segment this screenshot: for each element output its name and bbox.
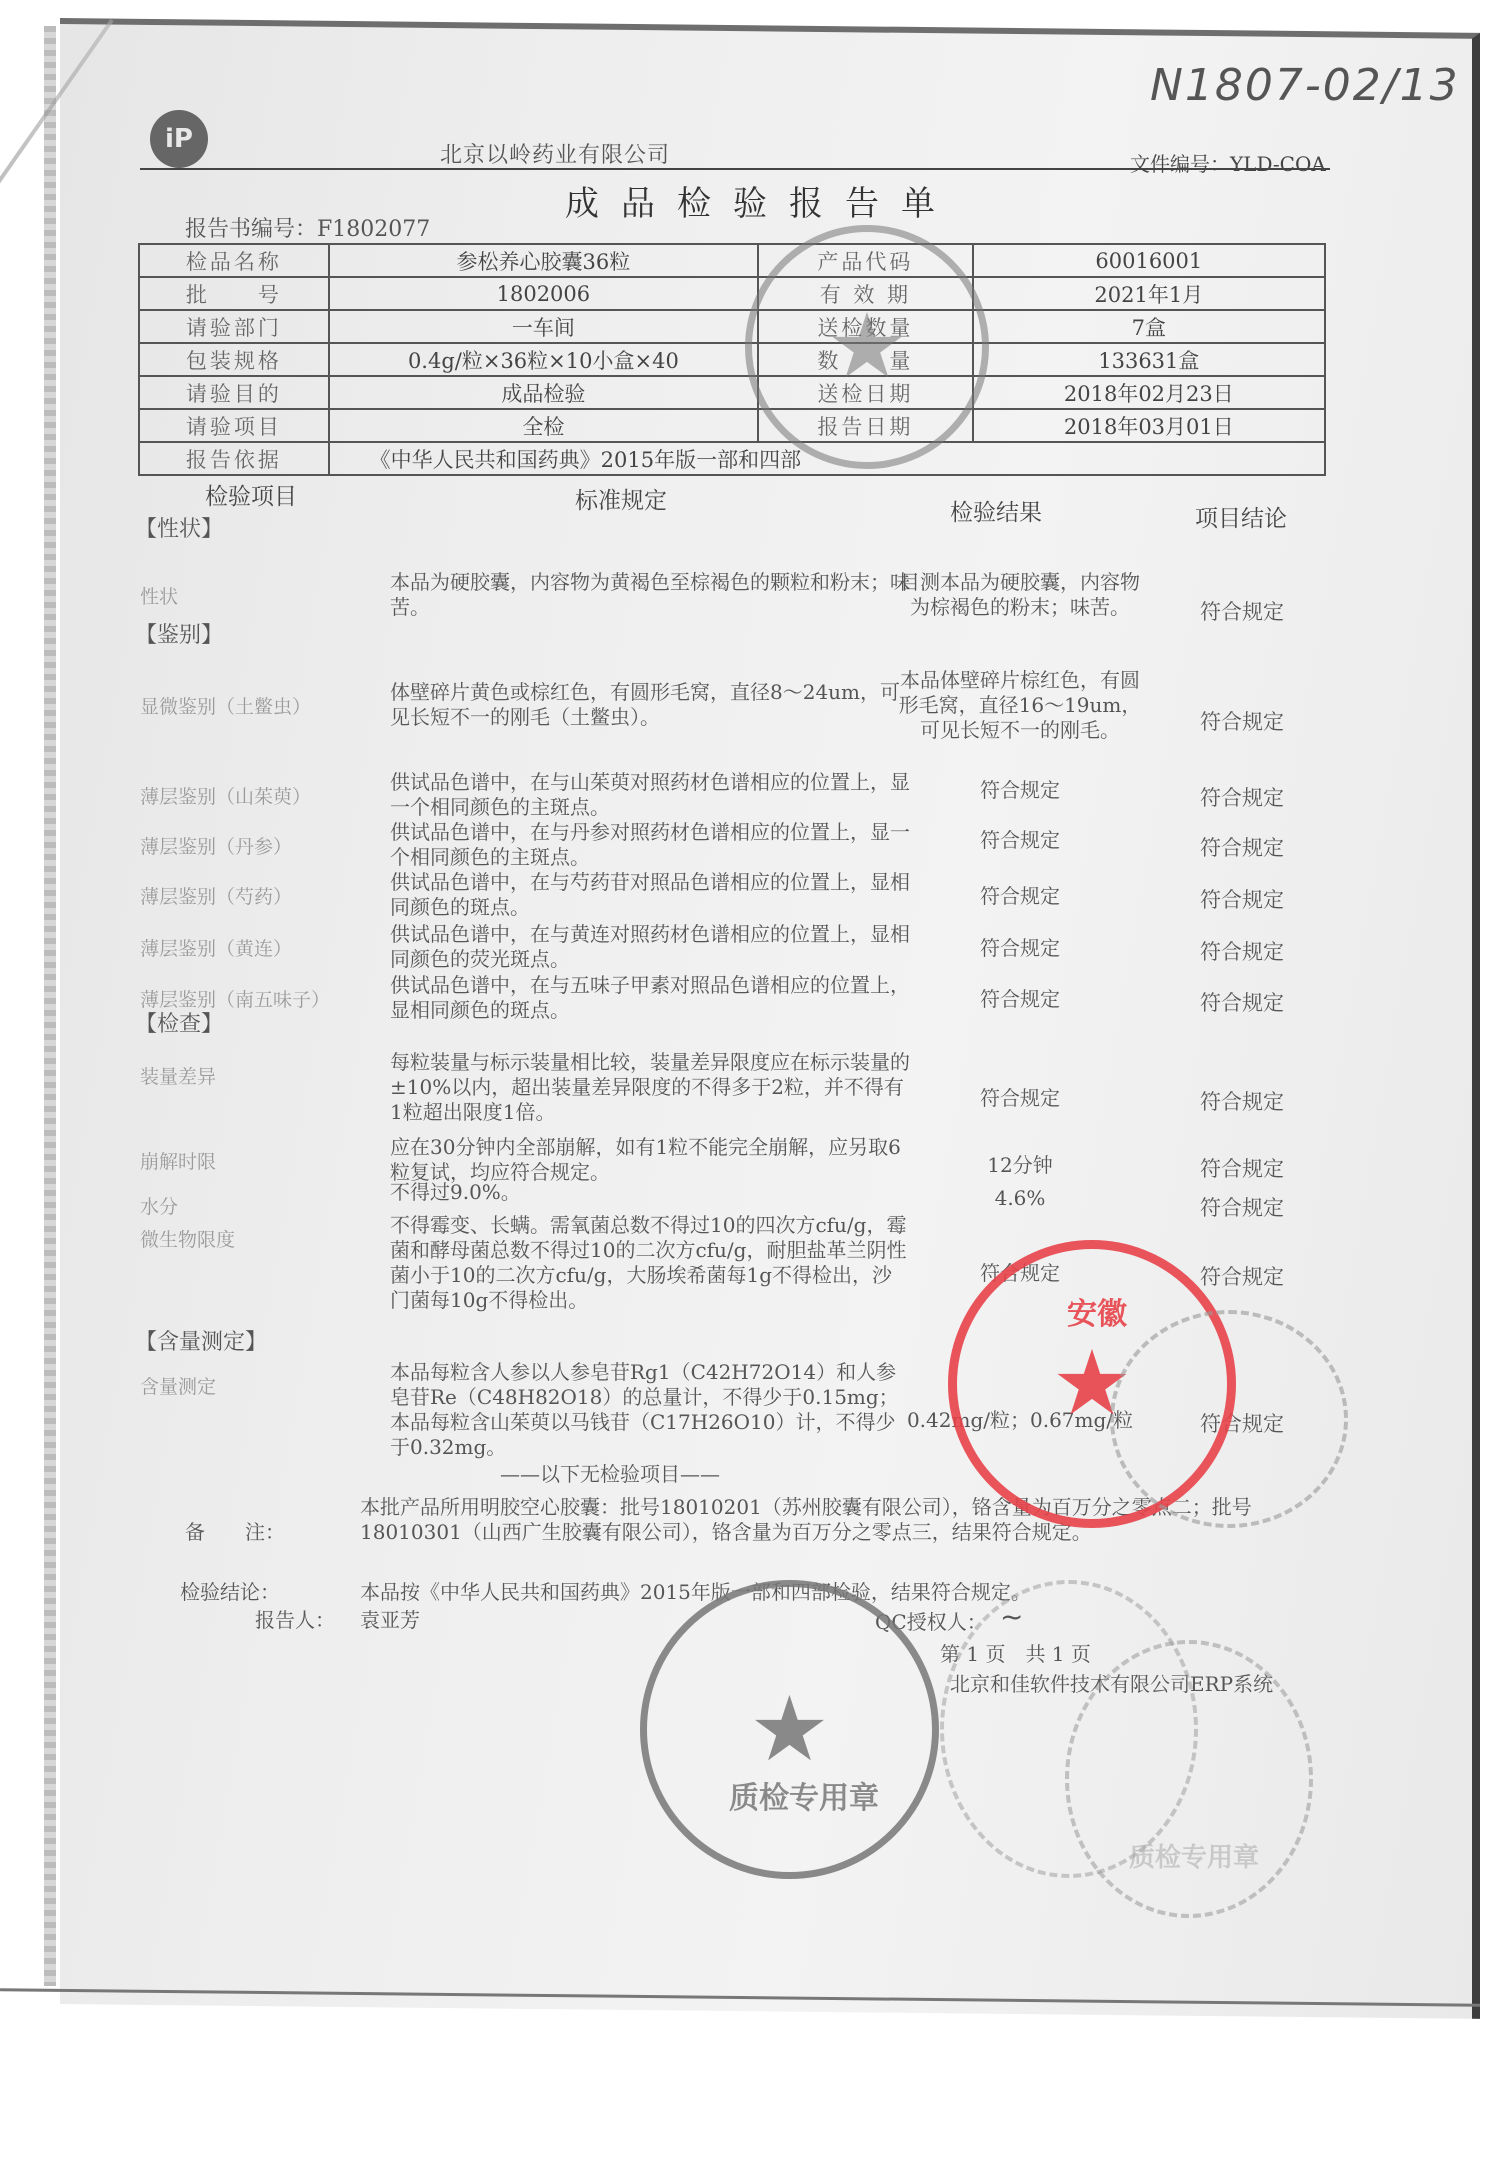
test-standard: 应在30分钟内全部崩解，如有1粒不能完全崩解，应另取6粒复试，均应符合规定。 xyxy=(390,1135,910,1185)
info-label: 批 号 xyxy=(139,277,329,310)
info-label: 请验目的 xyxy=(139,376,329,409)
test-standard: 本品为硬胶囊，内容物为黄褐色至棕褐色的颗粒和粉末；味苦。 xyxy=(390,570,910,620)
test-result: 本品体壁碎片棕红色，有圆形毛窝，直径16～19um，可见长短不一的刚毛。 xyxy=(895,668,1145,743)
test-item: 薄层鉴别（山茱萸） xyxy=(140,782,311,809)
info-value: 7盒 xyxy=(973,310,1325,343)
remarks-label: 备 注： xyxy=(185,1520,285,1545)
info-value: 0.4g/粒×36粒×10小盒×40 xyxy=(329,343,758,376)
test-standard: 本品每粒含人参以人参皂苷Rg1（C42H72O14）和人参皂苷Re（C48H82… xyxy=(390,1360,910,1460)
info-row: 包装规格0.4g/粒×36粒×10小盒×40数 量133631盒 xyxy=(139,343,1325,376)
report-number-label: 报告书编号： xyxy=(185,217,317,242)
conclusion-label: 检验结论： xyxy=(180,1580,280,1605)
info-value: 参松养心胶囊36粒 xyxy=(329,244,758,277)
report-number: 报告书编号：F1802077 xyxy=(185,212,430,243)
file-number: 文件编号：YLD-COA xyxy=(1130,148,1326,177)
info-row: 检品名称参松养心胶囊36粒产品代码60016001 xyxy=(139,244,1325,277)
test-result: 符合规定 xyxy=(895,828,1145,853)
info-row-basis: 报告依据《中华人民共和国药典》2015年版一部和四部 xyxy=(139,442,1325,475)
reporter-label: 报告人： xyxy=(255,1608,335,1633)
info-row: 请验项目全检报告日期2018年03月01日 xyxy=(139,409,1325,442)
test-standard: 不得过9.0%。 xyxy=(390,1180,910,1205)
test-standard: 不得霉变、长螨。需氧菌总数不得过10的四次方cfu/g，霉菌和酵母菌总数不得过1… xyxy=(390,1213,910,1313)
header-rule xyxy=(140,168,1330,170)
test-result: 符合规定 xyxy=(895,936,1145,961)
info-value: 一车间 xyxy=(329,310,758,343)
test-conclusion: 符合规定 xyxy=(1200,782,1284,812)
test-item: 崩解时限 xyxy=(140,1147,216,1174)
info-label: 检品名称 xyxy=(139,244,329,277)
page-title: 成品检验报告单 xyxy=(565,176,957,225)
test-item: 含量测定 xyxy=(140,1372,216,1399)
section-assay: 【含量测定】 xyxy=(135,1325,267,1356)
column-header-item: 检验项目 xyxy=(205,478,297,511)
info-value: 2018年02月23日 xyxy=(973,376,1325,409)
test-conclusion: 符合规定 xyxy=(1200,1153,1284,1183)
test-result: 符合规定 xyxy=(895,778,1145,803)
column-header-result: 检验结果 xyxy=(950,494,1042,527)
test-item: 显微鉴别（土鳖虫） xyxy=(140,692,311,719)
test-result: 12分钟 xyxy=(895,1153,1145,1178)
test-item: 水分 xyxy=(140,1192,178,1219)
test-conclusion: 符合规定 xyxy=(1200,832,1284,862)
test-conclusion: 符合规定 xyxy=(1200,987,1284,1017)
info-label: 报告依据 xyxy=(139,442,329,475)
test-item: 薄层鉴别（黄连） xyxy=(140,934,292,961)
test-standard: 供试品色谱中，在与五味子甲素对照品色谱相应的位置上，显相同颜色的斑点。 xyxy=(390,973,910,1023)
test-conclusion: 符合规定 xyxy=(1200,1192,1284,1222)
test-standard: 每粒装量与标示装量相比较，装量差异限度应在标示装量的±10%以内，超出装量差异限… xyxy=(390,1050,910,1125)
test-result: 符合规定 xyxy=(895,1086,1145,1111)
info-label: 包装规格 xyxy=(139,343,329,376)
test-conclusion: 符合规定 xyxy=(1200,706,1284,736)
test-conclusion: 符合规定 xyxy=(1200,1086,1284,1116)
faint-grey-stamp xyxy=(1110,1310,1348,1528)
end-marker: ——以下无检验项目—— xyxy=(500,1462,720,1487)
column-header-conclusion: 项目结论 xyxy=(1195,500,1287,533)
test-result: 目测本品为硬胶囊，内容物为棕褐色的粉末；味苦。 xyxy=(895,570,1145,620)
info-value: 133631盒 xyxy=(973,343,1325,376)
info-value: 60016001 xyxy=(973,244,1325,277)
test-conclusion: 符合规定 xyxy=(1200,596,1284,626)
test-standard: 体壁碎片黄色或棕红色，有圆形毛窝，直径8～24um，可见长短不一的刚毛（土鳖虫）… xyxy=(390,680,910,730)
info-label: 请验部门 xyxy=(139,310,329,343)
grey-qc-stamp: ★ 质检专用章 xyxy=(640,1580,939,1879)
info-row: 批 号1802006有 效 期2021年1月 xyxy=(139,277,1325,310)
header-grey-stamp: ★ xyxy=(745,225,989,469)
test-item: 薄层鉴别（芍药） xyxy=(140,882,292,909)
test-standard: 供试品色谱中，在与山茱萸对照药材色谱相应的位置上，显一个相同颜色的主斑点。 xyxy=(390,770,910,820)
info-table: 检品名称参松养心胶囊36粒产品代码60016001批 号1802006有 效 期… xyxy=(138,243,1326,476)
test-item: 性状 xyxy=(140,582,178,609)
report-number-value: F1802077 xyxy=(317,217,430,242)
test-conclusion: 符合规定 xyxy=(1200,884,1284,914)
file-number-value: YLD-COA xyxy=(1230,152,1326,176)
test-item: 薄层鉴别（丹参） xyxy=(140,832,292,859)
test-conclusion: 符合规定 xyxy=(1200,1261,1284,1291)
info-value: 全检 xyxy=(329,409,758,442)
info-value: 1802006 xyxy=(329,277,758,310)
handwritten-note: N1807-02/13 xyxy=(1150,60,1460,111)
test-item: 装量差异 xyxy=(140,1062,216,1089)
section-appearance: 【性状】 xyxy=(135,512,223,543)
file-number-label: 文件编号： xyxy=(1130,152,1230,176)
test-result: 4.6% xyxy=(895,1186,1145,1211)
test-standard: 供试品色谱中，在与黄连对照药材色谱相应的位置上，显相同颜色的荧光斑点。 xyxy=(390,922,910,972)
stamp-caption: 质检专用章 xyxy=(729,1773,879,1817)
info-value: 2018年03月01日 xyxy=(973,409,1325,442)
column-header-standard: 标准规定 xyxy=(575,482,667,515)
star-icon: ★ xyxy=(749,1685,830,1775)
stamp-caption: 质检专用章 xyxy=(1129,1837,1259,1874)
scan-edge xyxy=(44,26,56,1986)
company-name: 北京以岭药业有限公司 xyxy=(440,138,670,169)
section-identification: 【鉴别】 xyxy=(135,618,223,649)
faint-qc-stamp: 质检专用章 xyxy=(1065,1640,1313,1918)
test-result: 符合规定 xyxy=(895,884,1145,909)
test-item: 微生物限度 xyxy=(140,1225,235,1252)
company-logo-icon: iP xyxy=(150,110,208,168)
info-value: 2021年1月 xyxy=(973,277,1325,310)
test-conclusion: 符合规定 xyxy=(1200,936,1284,966)
info-row: 请验目的成品检验送检日期2018年02月23日 xyxy=(139,376,1325,409)
reporter-name: 袁亚芳 xyxy=(360,1608,420,1633)
test-item: 薄层鉴别（南五味子） xyxy=(140,985,330,1012)
test-result: 符合规定 xyxy=(895,987,1145,1012)
star-icon: ★ xyxy=(827,302,908,392)
info-label: 请验项目 xyxy=(139,409,329,442)
info-row: 请验部门一车间送检数量7盒 xyxy=(139,310,1325,343)
test-standard: 供试品色谱中，在与丹参对照药材色谱相应的位置上，显一个相同颜色的主斑点。 xyxy=(390,820,910,870)
test-standard: 供试品色谱中，在与芍药苷对照品色谱相应的位置上，显相同颜色的斑点。 xyxy=(390,870,910,920)
info-value: 成品检验 xyxy=(329,376,758,409)
